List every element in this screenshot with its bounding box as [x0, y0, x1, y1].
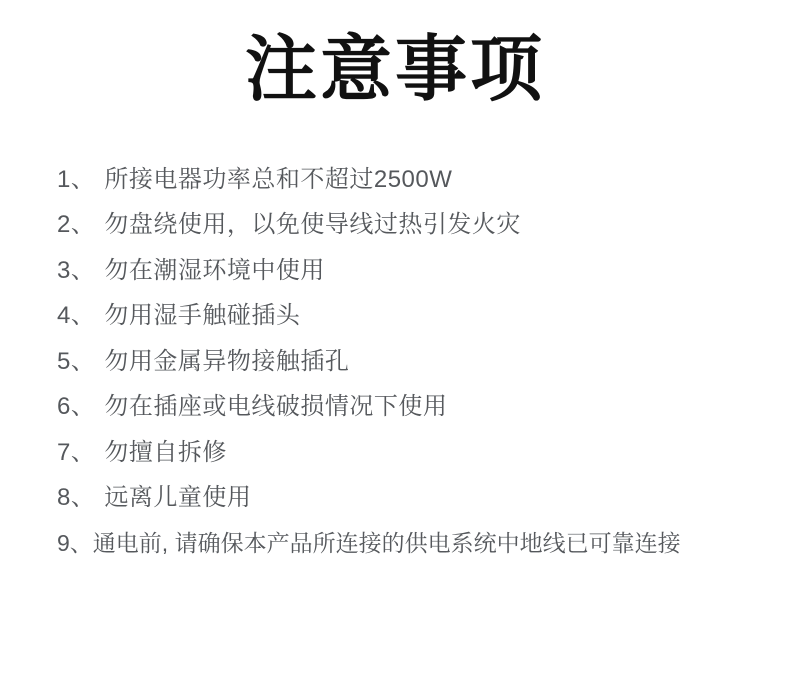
item-text: 勿在潮湿环境中使用: [104, 248, 325, 294]
list-item: 8、远离儿童使用: [57, 475, 790, 521]
item-number: 7、: [57, 430, 95, 476]
item-number: 2、: [57, 202, 95, 248]
item-text: 远离儿童使用: [104, 475, 251, 521]
item-text: 勿在插座或电线破损情况下使用: [104, 384, 447, 430]
precautions-page: 注意事项 1、所接电器功率总和不超过2500W 2、勿盘绕使用，以免使导线过热引…: [0, 0, 790, 695]
item-number: 4、: [57, 293, 95, 339]
item-text: 勿盘绕使用，以免使导线过热引发火灾: [104, 202, 521, 248]
list-item: 6、勿在插座或电线破损情况下使用: [57, 384, 790, 430]
item-number: 3、: [57, 248, 95, 294]
list-item: 2、勿盘绕使用，以免使导线过热引发火灾: [57, 202, 790, 248]
list-item: 4、勿用湿手触碰插头: [57, 293, 790, 339]
item-number: 1、: [57, 157, 95, 203]
item-text: 勿擅自拆修: [104, 430, 227, 476]
list-item: 3、勿在潮湿环境中使用: [57, 248, 790, 294]
item-text: 勿用金属异物接触插孔: [104, 339, 349, 385]
item-text: 所接电器功率总和不超过2500W: [104, 157, 452, 203]
item-text: 通电前, 请确保本产品所连接的供电系统中地线已可靠连接: [93, 521, 681, 567]
item-text: 勿用湿手触碰插头: [104, 293, 300, 339]
item-number: 9、: [57, 521, 93, 567]
list-item: 5、勿用金属异物接触插孔: [57, 339, 790, 385]
item-number: 8、: [57, 475, 95, 521]
precautions-list: 1、所接电器功率总和不超过2500W 2、勿盘绕使用，以免使导线过热引发火灾 3…: [0, 157, 790, 567]
list-item: 7、勿擅自拆修: [57, 430, 790, 476]
item-number: 5、: [57, 339, 95, 385]
list-item: 9、通电前, 请确保本产品所连接的供电系统中地线已可靠连接: [57, 521, 790, 567]
page-title: 注意事项: [0, 0, 790, 111]
list-item: 1、所接电器功率总和不超过2500W: [57, 157, 790, 203]
item-number: 6、: [57, 384, 95, 430]
